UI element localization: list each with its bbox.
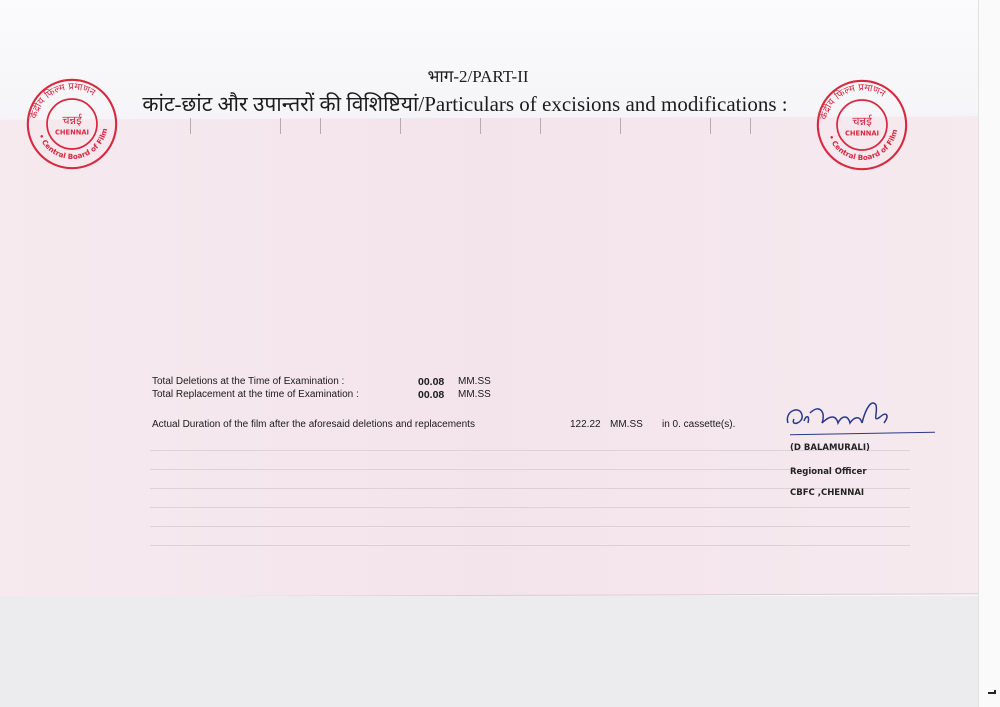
cassette-count: in 0. cassette(s). — [662, 419, 735, 430]
faint-column-marks — [150, 118, 790, 138]
svg-text:CHENNAI: CHENNAI — [55, 129, 89, 137]
svg-text:चन्नई: चन्नई — [62, 113, 83, 127]
certificate-page: भाग-2/PART-II कांट-छांट और उपान्तरों की … — [0, 0, 1000, 707]
cbfc-stamp-icon: केंद्रीय फिल्म प्रमाणन • Central Board o… — [24, 76, 120, 172]
deletions-unit: MM.SS — [458, 376, 491, 387]
cbfc-stamp-icon: केंद्रीय फिल्म प्रमाणन • Central Board o… — [814, 77, 910, 173]
svg-text:CHENNAI: CHENNAI — [845, 130, 879, 138]
duration-label: Actual Duration of the film after the af… — [152, 419, 475, 430]
replacement-label: Total Replacement at the time of Examina… — [152, 389, 359, 400]
duration-unit: MM.SS — [610, 419, 643, 430]
section-title: कांट-छांट और उपान्तरों की विशिष्टियां/Pa… — [0, 90, 930, 118]
duration-value: 122.22 — [570, 419, 601, 430]
officer-office: CBFC ,CHENNAI — [790, 488, 864, 498]
deletions-label: Total Deletions at the Time of Examinati… — [152, 376, 344, 387]
scan-corner-mark — [988, 690, 996, 694]
page-edge — [978, 0, 1000, 707]
replacement-unit: MM.SS — [458, 389, 491, 400]
replacement-value: 00.08 — [418, 389, 444, 401]
part-label: भाग-2/PART-II — [8, 64, 948, 87]
signature-icon — [780, 393, 940, 443]
svg-text:चन्नई: चन्नई — [852, 114, 873, 128]
officer-name: (D BALAMURALI) — [790, 443, 870, 453]
deletions-value: 00.08 — [418, 376, 444, 388]
officer-designation: Regional Officer — [790, 467, 867, 477]
bottom-paper-area — [0, 596, 980, 707]
